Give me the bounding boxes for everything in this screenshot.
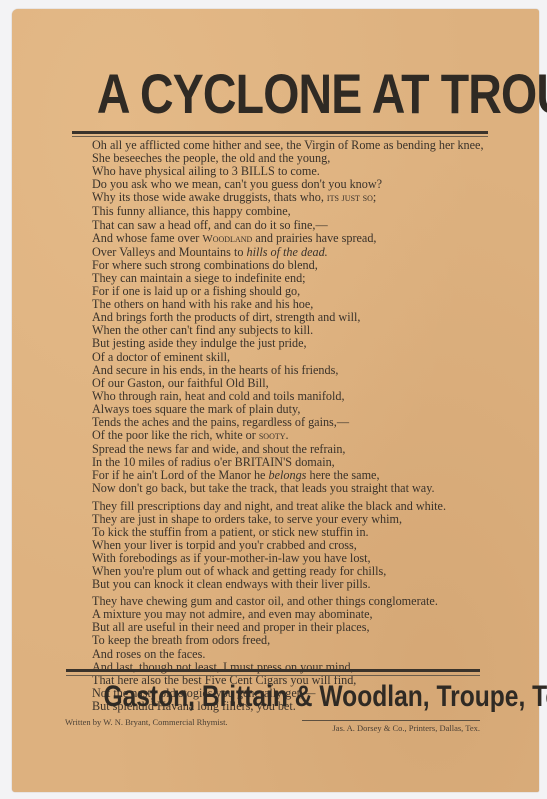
poem-text: For if he ain't Lord of the Manor he [92, 468, 269, 482]
poem-text: But jesting aside they indulge the just … [92, 336, 307, 350]
poem-text: Who have physical ailing to 3 BILLS to c… [92, 164, 320, 178]
poem-text: In the 10 miles of radius o'er BRITAIN'S… [92, 455, 335, 469]
poem-text: When you're plum out of whack and gettin… [92, 564, 386, 578]
poem-body: Oh all ye afflicted come hither and see,… [92, 139, 492, 717]
poem-text: When the other can't find any subjects t… [92, 323, 313, 337]
poem-line: Now don't go back, but take the track, t… [92, 482, 492, 495]
poem-text: This funny alliance, this happy combine, [92, 204, 291, 218]
poem-line: Why its those wide awake druggists, that… [92, 191, 492, 205]
printer-credit: Jas. A. Dorsey & Co., Printers, Dallas, … [302, 720, 480, 733]
poem-text: Now don't go back, but take the track, t… [92, 481, 435, 495]
poem-text: Oh all ye afflicted come hither and see,… [92, 138, 484, 152]
poem-text: A mixture you may not admire, and even m… [92, 607, 373, 621]
poem-line: But you can knock it clean endways with … [92, 578, 492, 591]
poem-text: And brings forth the products of dirt, s… [92, 310, 360, 324]
poem-text: and prairies have spread, [252, 231, 376, 245]
poem-text: Over Valleys and Mountains to [92, 245, 246, 259]
poem-text: To kick the stuffin from a patient, or s… [92, 525, 369, 539]
footer-rule-thin [66, 675, 480, 676]
poem-text: Who through rain, heat and cold and toil… [92, 389, 345, 403]
poem-text: For if one is laid up or a fishing shoul… [92, 284, 300, 298]
poem-text: She beseeches the people, the old and th… [92, 151, 330, 165]
poem-text: With forebodings as if your-mother-in-la… [92, 551, 371, 565]
author-credit: Written by W. N. Bryant, Commercial Rhym… [65, 717, 228, 727]
poem-text: . [286, 428, 289, 442]
poem-text: its just so [327, 192, 373, 204]
poem-text: To keep the breath from odors freed, [92, 633, 270, 647]
poem-text: hills of the dead. [246, 245, 327, 259]
poem-text: ; [373, 190, 376, 204]
poem-text: They fill prescriptions day and night, a… [92, 499, 446, 513]
poem-text: Do you ask who we mean, can't you guess … [92, 177, 382, 191]
business-name: Gaston, Brittain & Woodlan, Troupe, Texa… [103, 680, 444, 714]
page-title: A CYCLONE AT TROUPE [97, 62, 457, 126]
poem-text: The others on hand with his rake and his… [92, 297, 313, 311]
poem-text: Of our Gaston, our faithful Old Bill, [92, 376, 269, 390]
title-rule-thin [72, 136, 488, 137]
poem-text: And secure in his ends, in the hearts of… [92, 363, 338, 377]
poem-text: They are just in shape to orders take, t… [92, 512, 402, 526]
poem-text: Why its those wide awake druggists, that… [92, 190, 327, 204]
poem-line: Of the poor like the rich, white or soot… [92, 429, 492, 443]
footer-rule-thick [66, 669, 480, 672]
poem-text: They have chewing gum and castor oil, an… [92, 594, 438, 608]
poem-stanza: Oh all ye afflicted come hither and see,… [92, 139, 492, 496]
poem-stanza: They fill prescriptions day and night, a… [92, 500, 492, 592]
poem-text: That can saw a head off, and can do it s… [92, 218, 328, 232]
poem-text: For where such strong combinations do bl… [92, 258, 318, 272]
poem-text: Tends the aches and the pains, regardles… [92, 415, 349, 429]
poem-text: But all are useful in their need and pro… [92, 620, 370, 634]
title-rule-thick [72, 131, 488, 134]
poem-text: Of a doctor of eminent skill, [92, 350, 230, 364]
poem-text: Always toes square the mark of plain dut… [92, 402, 300, 416]
poem-text: Spread the news far and wide, and shout … [92, 442, 345, 456]
poem-text: And whose fame over [92, 231, 202, 245]
poem-text: Woodland [202, 233, 252, 245]
poem-text: here the same, [306, 468, 379, 482]
poem-text: But you can knock it clean endways with … [92, 577, 371, 591]
poem-line: And whose fame over Woodland and prairie… [92, 232, 492, 246]
poem-text: Of the poor like the rich, white or [92, 428, 259, 442]
poem-text: sooty [259, 430, 286, 442]
poem-text: They can maintain a siege to indefinite … [92, 271, 306, 285]
poem-text: And roses on the faces. [92, 647, 205, 661]
poem-text: When your liver is torpid and you'r crab… [92, 538, 357, 552]
poem-text: belongs [269, 468, 307, 482]
